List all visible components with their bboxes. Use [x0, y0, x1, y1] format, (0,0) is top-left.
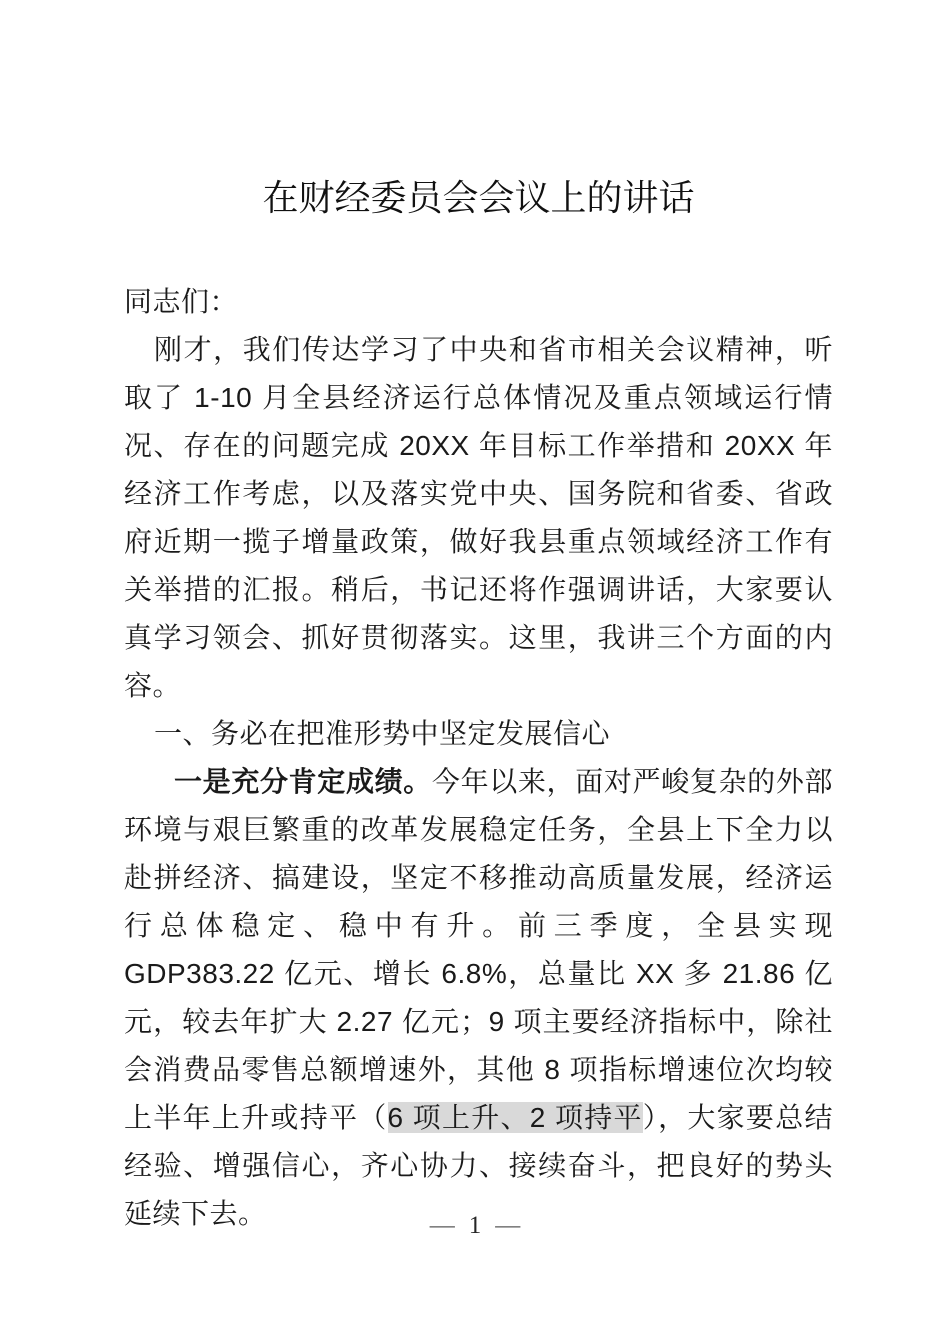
point-1-paragraph: 一是充分肯定成绩。今年以来，面对严峻复杂的外部环境与艰巨繁重的改革发展稳定任务，… [124, 758, 833, 1238]
intro-paragraph: 刚才，我们传达学习了中央和省市相关会议精神，听取了 1-10 月全县经济运行总体… [124, 326, 833, 710]
point-1-highlighted-text: 6 项上升、2 项持平 [388, 1102, 643, 1133]
document-page: 在财经委员会会议上的讲话 同志们： 刚才，我们传达学习了中央和省市相关会议精神，… [0, 0, 950, 1344]
page-footer: —1— [0, 1212, 950, 1240]
footer-right-dash: — [481, 1212, 534, 1239]
document-body: 同志们： 刚才，我们传达学习了中央和省市相关会议精神，听取了 1-10 月全县经… [124, 278, 833, 1238]
point-1-lead: 一是充分肯定成绩。 [174, 766, 432, 797]
footer-left-dash: — [416, 1212, 469, 1239]
section-1-heading: 一、务必在把准形势中坚定发展信心 [124, 710, 833, 758]
page-number: 1 [469, 1212, 482, 1239]
point-1-text-before-highlight: 今年以来，面对严峻复杂的外部环境与艰巨繁重的改革发展稳定任务，全县上下全力以赴拼… [124, 766, 833, 1133]
document-title: 在财经委员会会议上的讲话 [124, 168, 833, 228]
salutation: 同志们： [124, 278, 833, 326]
